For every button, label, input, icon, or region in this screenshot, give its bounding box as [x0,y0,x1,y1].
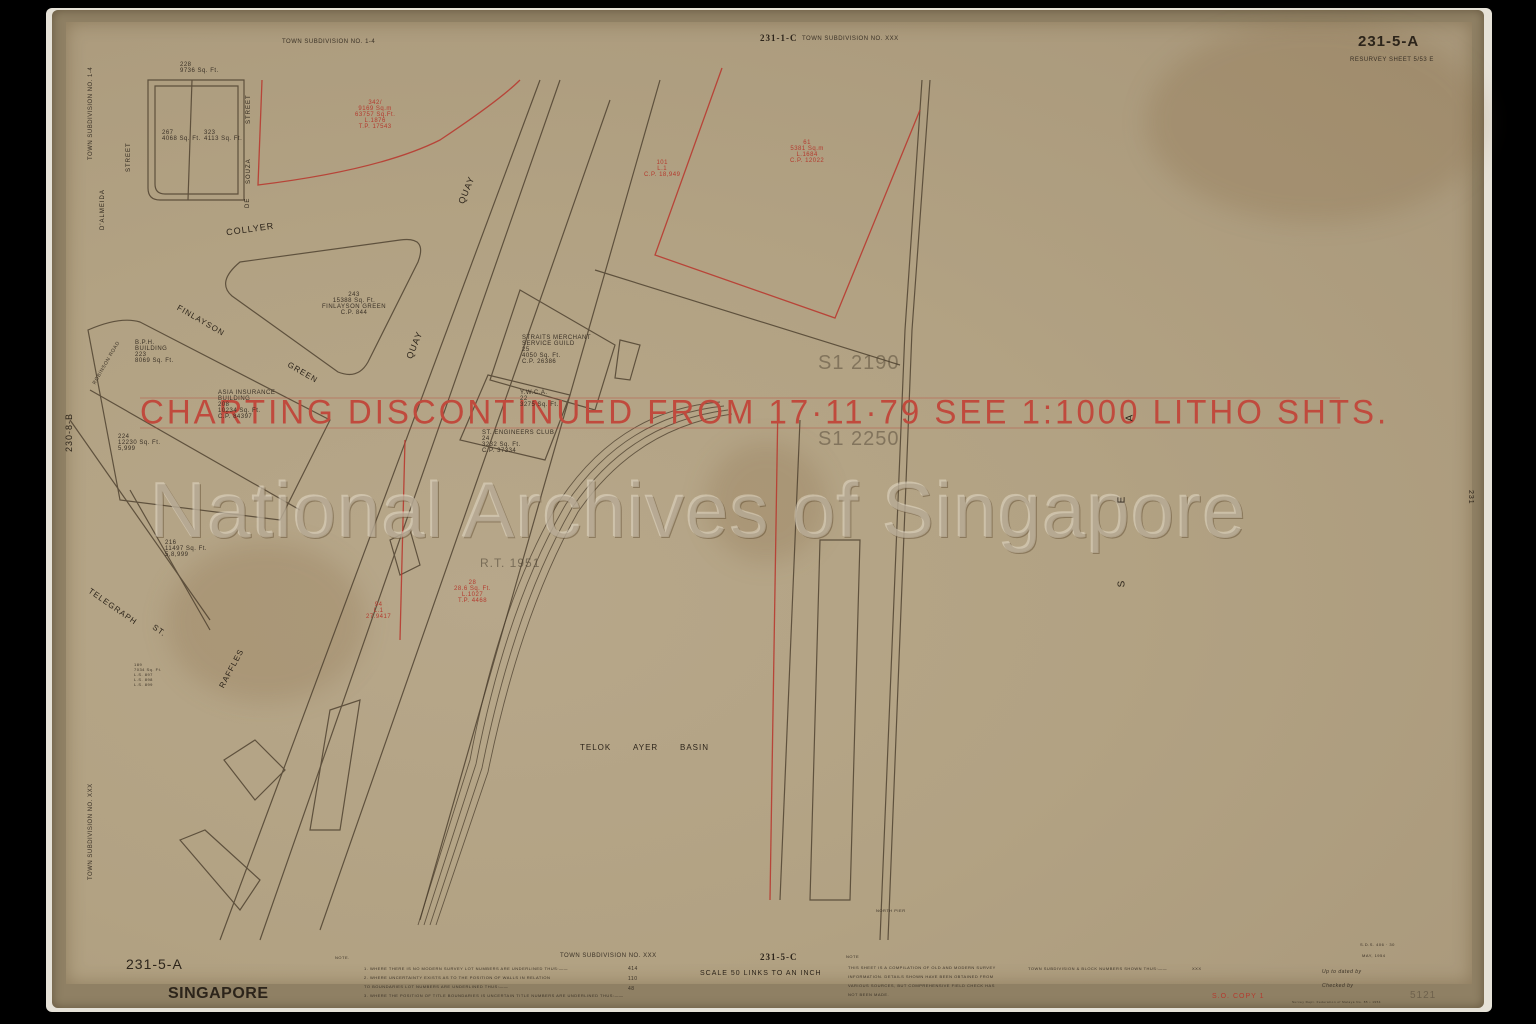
adjacent-sheet-top: 231-1-C [760,33,798,43]
street-dalmeida-street: STREET [126,142,132,172]
place-basin: BASIN [680,743,709,752]
pier-outline [810,540,860,900]
adjacent-sheet-bottom: 231-5-C [760,952,798,962]
lot-22: Y.W.C.A.223275 Sq. Ft. [520,390,559,408]
reference-s1-2250: S1 2250 [818,428,900,451]
red-lot-28: 2828.6 Sq. Ft.L.1027T.P. 4468 [454,580,491,604]
notes-left: 1. WHERE THERE IS NO MODERN SURVEY LOT N… [364,964,624,1000]
country-title: SINGAPORE [168,985,269,1003]
sheet-number-bottom: 231-5-A [126,956,183,972]
lot-189: 1897034 Sq. Ft. L.S. 897L.S. 898L.S. 899 [134,662,162,687]
red-lot-342: 342/9169 Sq.m63757 Sq.Ft. L.1876T.P. 175… [355,100,395,130]
adjacent-sheet-right: 231 [1467,490,1474,505]
watermark: National Archives of Singapore [150,465,1247,556]
lot-267: 2674068 Sq. Ft. [162,130,201,142]
town-subdivision-left-top: TOWN SUBDIVISION NO. 1-4 [282,39,375,45]
lot-228: 2289736 Sq. Ft. [180,62,219,74]
print-date: MAY, 1954 [1362,953,1385,958]
scale-text: SCALE 50 LINKS TO AN INCH [700,970,822,977]
checked-by: Checked by [1322,983,1353,989]
reference-code: S.D.S. 406 · 30 [1360,942,1395,947]
town-subdivision-top: TOWN SUBDIVISION NO. XXX [802,36,899,42]
place-north-pier: NORTH PIER [876,908,906,913]
note-samples: 41411048 [628,964,638,994]
lot-323: 3234113 Sq. Ft. [204,130,242,142]
place-sea-e: E [1116,496,1127,504]
reference-rt-1951: R.T. 1951 [480,556,540,570]
reference-s1-2190: S1 2190 [818,352,900,375]
place-sea-a: A [1124,414,1135,422]
place-sea-s: S [1116,580,1127,588]
charting-discontinued-note: CHARTING DISCONTINUED FROM 17·11·79 SEE … [140,392,1389,432]
sheet-number: 231-5-A [1358,33,1419,50]
place-telok: TELOK [580,743,611,752]
town-subdivision-margin-upper: TOWN SUBDIVISION NO. 1-4 [88,67,94,160]
so-copy-stamp: S.O. COPY 1 [1212,993,1265,1000]
town-subdivision-bottom: TOWN SUBDIVISION NO. XXX [560,953,657,959]
town-block-numbers: TOWN SUBDIVISION & BLOCK NUMBERS SHOWN T… [1028,966,1167,971]
up-to-dated-by: Up to dated by [1322,969,1362,975]
town-block-sample: XXX [1192,966,1202,971]
archive-stamp: 5121 [1410,990,1436,1001]
street-dalmeida: D'ALMEIDA [100,189,106,230]
street-souza-street: STREET [246,94,252,124]
adjacent-sheet-left: 230-8-B [64,413,74,452]
street-de: DE [245,198,251,208]
red-lot-61: 615381 Sq.mL.1684C.P. 12022 [790,140,824,164]
notes-label: NOTE. [335,955,350,960]
lot-208: ASIA INSURANCEBUILDING 20810234 Sq. Ft.C… [218,390,275,420]
street-souza: SOUZA [246,158,252,184]
town-subdivision-margin-lower: TOWN SUBDIVISION NO. XXX [88,783,94,880]
red-lot-94: 94L.127.9417 [366,602,391,620]
red-lot-101: 101L.1C.P. 18,949 [644,160,680,178]
place-ayer: AYER [633,743,658,752]
note-right-label: NOTE [846,954,859,959]
printer-line: Survey Dept. Federation of Malaya No. 85… [1292,1000,1381,1004]
lot-243: 243 15388 Sq. Ft. FINLAYSON GREEN C.P. 8… [322,292,386,316]
lot-24: ST. ENGINEERS CLUB243232 Sq. Ft.C.P. 373… [482,430,554,454]
lot-25: STRAITS MERCHANTSERVICE GUILD 254050 Sq.… [522,335,591,365]
resurvey-sheet: RESURVEY SHEET 5/53 E [1350,57,1434,63]
lot-223: B.P.H.BUILDING 2238069 Sq. Ft. [135,340,174,364]
lot-216: 21611497 Sq. Ft.5,8,999 [165,540,207,558]
lot-224: 22412230 Sq. Ft.5,999 [118,434,161,452]
note-right: THIS SHEET IS A COMPILATION OF OLD AND M… [848,963,996,999]
